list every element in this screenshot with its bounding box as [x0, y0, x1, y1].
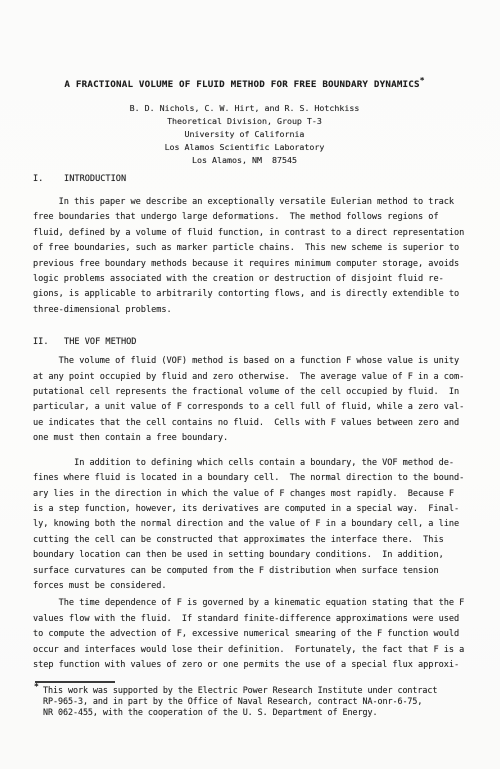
footnote: * This work was supported by the Electri… [33, 681, 470, 718]
title-footnote-marker-icon: * [420, 76, 425, 85]
section-vof-method: II. THE VOF METHOD The volume of fluid (… [33, 337, 470, 673]
paragraph-time-dependence: The time dependence of F is governed by … [33, 596, 470, 673]
scanned-paper-page: A FRACTIONAL VOLUME OF FLUID METHOD FOR … [0, 0, 500, 769]
paragraph-intro: In this paper we describe an exceptional… [33, 195, 470, 318]
footnote-text: This work was supported by the Electric … [43, 685, 470, 718]
section-heading-introduction: I. INTRODUCTION [33, 174, 470, 185]
footnote-separator-rule [35, 681, 115, 683]
footnote-body: * This work was supported by the Electri… [33, 685, 470, 718]
paragraph-boundary-cells: In addition to defining which cells cont… [33, 456, 470, 595]
section-heading-vof-method: II. THE VOF METHOD [33, 337, 470, 348]
section-introduction: I. INTRODUCTION In this paper we describ… [33, 174, 470, 318]
paragraph-vof-definition: The volume of fluid (VOF) method is base… [33, 354, 470, 446]
paper-title-text: A FRACTIONAL VOLUME OF FLUID METHOD FOR … [64, 79, 419, 90]
author-affiliation-block: B. D. Nichols, C. W. Hirt, and R. S. Hot… [33, 102, 470, 167]
footnote-marker-icon: * [34, 682, 39, 691]
paper-title: A FRACTIONAL VOLUME OF FLUID METHOD FOR … [33, 76, 470, 90]
